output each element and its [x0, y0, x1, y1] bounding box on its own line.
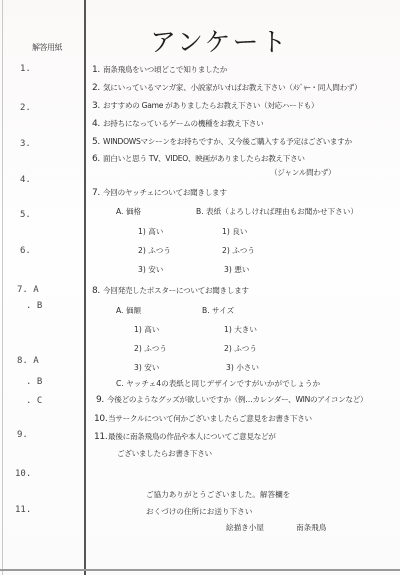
- q8-part-a-label: A. 価額: [116, 305, 141, 316]
- closing-instructions: おくづけの住所にお送り下さい: [146, 506, 252, 517]
- answer-label-2: 2.: [20, 103, 31, 113]
- question-number: 3.: [92, 101, 103, 111]
- closing-thanks: ご協力ありがとうございました。解答欄を: [146, 489, 290, 500]
- answer-label-7b: . B: [26, 301, 42, 311]
- question-text: 気にいっているマンガ家、小説家がいればお教え下さい（ﾒｼﾞｬｰ・同人問わず）: [103, 83, 361, 92]
- q8-b-option-3: 3) 小さい: [226, 362, 259, 373]
- question-text: 最後に南条飛鳥の作品や本人についてご意見などが: [108, 432, 276, 441]
- question-number: 4.: [92, 119, 103, 129]
- question-text: おすすめの Game がありましたらお教え下さい（対応ハードも）: [103, 101, 318, 110]
- question-10: 10.当サークルについて何かございましたらご意見をお書き下さい: [94, 413, 312, 424]
- answer-sheet-header: 解答用紙: [32, 42, 62, 53]
- question-5: 5.WINDOWSマシーンをお持ちですか、又今後ご購入する予定はございますか: [92, 136, 352, 147]
- answer-label-8a: 8. A: [17, 356, 39, 366]
- page-title: アンケート: [150, 22, 288, 59]
- answer-label-8c: . C: [26, 396, 42, 406]
- question-9: 9.今後どのようなグッズが欲しいですか（例…カレンダー、WINのアイコンなど）: [96, 394, 367, 405]
- question-4: 4.お持ちになっているゲームの機種をお教え下さい: [92, 118, 263, 129]
- question-text: 今回のヤッチェについてお聞きします: [103, 188, 227, 197]
- question-number: 9.: [96, 395, 107, 405]
- column-divider: [84, 0, 86, 575]
- q7-a-option-2: 2) ふつう: [138, 245, 171, 256]
- question-text: 面白いと思う TV、VIDEO、映画がありましたらお教え下さい: [103, 154, 305, 163]
- questionnaire-sheet: 解答用紙 1. 2. 3. 4. 5. 6. 7. A . B 8. A . B…: [0, 0, 400, 575]
- question-2: 2.気にいっているマンガ家、小説家がいればお教え下さい（ﾒｼﾞｬｰ・同人問わず）: [92, 82, 361, 93]
- q8-b-option-1: 1) 大きい: [224, 324, 257, 335]
- question-number: 7.: [92, 188, 103, 198]
- question-11: 11.最後に南条飛鳥の作品や本人についてご意見などが: [94, 431, 276, 442]
- q7-a-option-3: 3) 安い: [138, 264, 163, 275]
- question-number: 1.: [92, 65, 103, 75]
- answer-label-6: 6.: [20, 246, 31, 256]
- q8-a-option-1: 1) 高い: [134, 324, 159, 335]
- q7-part-b-label: B. 表紙（よろしければ理由もお聞かせ下さい）: [196, 206, 358, 217]
- q7-part-a-label: A. 価格: [116, 206, 141, 217]
- question-text: WINDOWSマシーンをお持ちですか、又今後ご購入する予定はございますか: [103, 137, 352, 146]
- answer-label-8b: . B: [26, 377, 42, 387]
- answer-label-11: 11.: [15, 505, 31, 515]
- question-11-continued: ございましたらお書き下さい: [117, 448, 212, 459]
- q7-a-option-1: 1) 高い: [138, 226, 163, 237]
- question-text: お持ちになっているゲームの機種をお教え下さい: [103, 119, 263, 128]
- answer-label-9: 9.: [17, 430, 28, 440]
- question-number: 5.: [92, 137, 103, 147]
- question-text: 当サークルについて何かございましたらご意見をお書き下さい: [108, 414, 312, 423]
- answer-label-10: 10.: [15, 469, 31, 479]
- answer-label-4: 4.: [20, 175, 31, 185]
- answer-column: 解答用紙 1. 2. 3. 4. 5. 6. 7. A . B 8. A . B…: [0, 0, 84, 575]
- question-text: 南条飛鳥をいつ頃どこで知りましたか: [103, 65, 227, 74]
- q8-b-option-2: 2) ふつう: [224, 343, 257, 354]
- question-6: 6.面白いと思う TV、VIDEO、映画がありましたらお教え下さい: [92, 153, 305, 164]
- question-number: 2.: [92, 83, 103, 93]
- question-number: 10.: [94, 414, 108, 424]
- signature-circle-name: 絵描き小屋: [226, 522, 264, 533]
- q7-b-option-2: 2) ふつう: [222, 245, 255, 256]
- question-3: 3.おすすめの Game がありましたらお教え下さい（対応ハードも）: [92, 100, 318, 111]
- question-text: 今後どのようなグッズが欲しいですか（例…カレンダー、WINのアイコンなど）: [107, 395, 367, 404]
- q7-b-option-1: 1) 良い: [222, 226, 247, 237]
- q8-part-c-label: C. ヤッチェ4の表紙と同じデザインですがいかがでしょうか: [116, 378, 320, 389]
- question-1: 1.南条飛鳥をいつ頃どこで知りましたか: [92, 64, 227, 75]
- signature-author-name: 南条飛鳥: [296, 522, 326, 533]
- question-text: 今回発売したポスターについてお聞きします: [103, 286, 249, 295]
- question-7: 7.今回のヤッチェについてお聞きします: [92, 187, 227, 198]
- question-number: 6.: [92, 154, 103, 164]
- question-8: 8.今回発売したポスターについてお聞きします: [92, 285, 249, 296]
- question-number: 11.: [94, 432, 108, 442]
- q7-b-option-3: 3) 悪い: [224, 264, 249, 275]
- answer-label-5: 5.: [20, 210, 31, 220]
- answer-label-3: 3.: [20, 139, 31, 149]
- q8-a-option-2: 2) ふつう: [134, 343, 167, 354]
- q8-part-b-label: B. サイズ: [202, 305, 234, 316]
- answer-label-1: 1.: [20, 64, 31, 74]
- question-6-note: （ジャンル問わず）: [270, 167, 335, 178]
- answer-label-7a: 7. A: [17, 285, 39, 295]
- q8-a-option-3: 3) 安い: [134, 362, 159, 373]
- question-number: 8.: [92, 286, 103, 296]
